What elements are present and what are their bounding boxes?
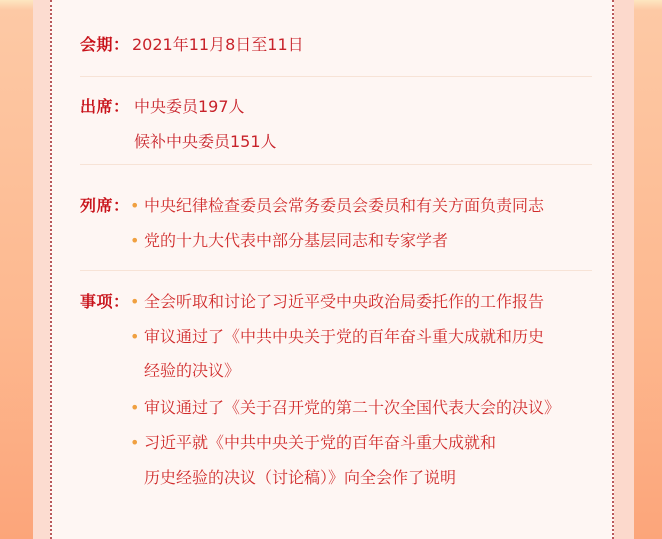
attendance-line: 中央委员197人 bbox=[134, 97, 245, 117]
attendance-label: 出席： bbox=[80, 97, 130, 117]
bullet-icon: • bbox=[130, 292, 139, 312]
agenda-item: •习近平就《中共中央关于党的百年奋斗重大成就和 bbox=[144, 433, 496, 453]
session-value: 2021年11月8日至11日 bbox=[132, 35, 304, 55]
agenda-label: 事项： bbox=[80, 292, 130, 312]
bullet-icon: • bbox=[130, 398, 139, 418]
bullet-icon: • bbox=[130, 433, 139, 453]
observer-item: •党的十九大代表中部分基层同志和专家学者 bbox=[144, 231, 448, 251]
session-label: 会期： bbox=[80, 35, 130, 55]
bullet-icon: • bbox=[130, 231, 139, 251]
agenda-item-continued: 历史经验的决议（讨论稿）》向全会作了说明 bbox=[144, 468, 456, 488]
agenda-item-continued: 经验的决议》 bbox=[144, 361, 240, 381]
agenda-item: •审议通过了《关于召开党的第二十次全国代表大会的决议》 bbox=[144, 398, 560, 418]
divider bbox=[80, 270, 592, 271]
observers-label: 列席： bbox=[80, 196, 130, 216]
attendance-line: 候补中央委员151人 bbox=[134, 132, 277, 152]
agenda-item: •审议通过了《中共中央关于党的百年奋斗重大成就和历史 bbox=[144, 327, 544, 347]
bullet-icon: • bbox=[130, 327, 139, 347]
agenda-item: •全会听取和讨论了习近平受中央政治局委托作的工作报告 bbox=[144, 292, 544, 312]
divider bbox=[80, 164, 592, 165]
info-panel: 会期： 2021年11月8日至11日 出席： 中央委员197人 候补中央委员15… bbox=[50, 0, 614, 539]
bullet-icon: • bbox=[130, 196, 139, 216]
divider bbox=[80, 76, 592, 77]
observer-item: •中央纪律检查委员会常务委员会委员和有关方面负责同志 bbox=[144, 196, 544, 216]
right-border-strip bbox=[612, 0, 634, 539]
